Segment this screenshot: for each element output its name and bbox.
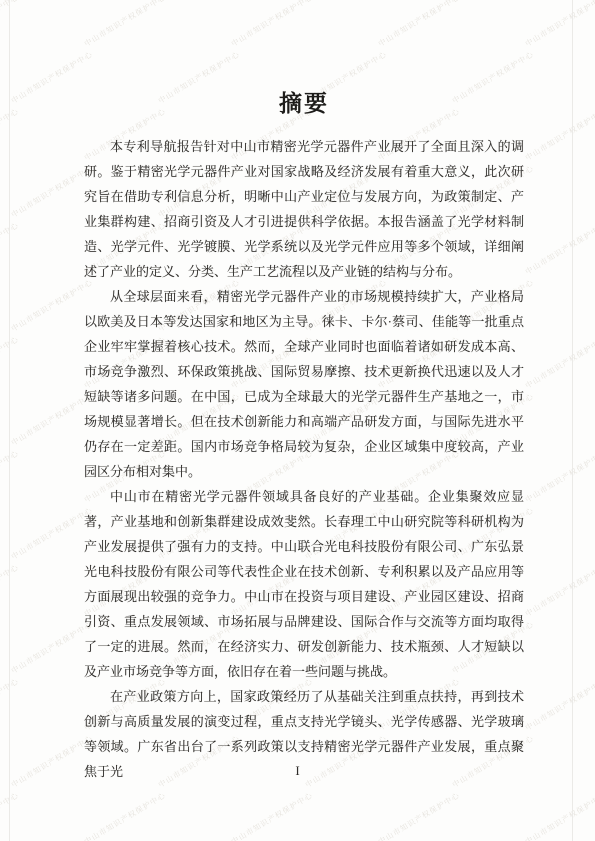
watermark-text: 中山市知识产权保护中心 <box>0 790 21 841</box>
watermark-text: 中山市知识产权保护中心 <box>9 505 95 563</box>
abstract-title: 摘要 <box>84 90 524 116</box>
watermark-text: 中山市知识产权保护中心 <box>0 448 21 506</box>
abstract-paragraph-3: 中山市在精密光学元器件领域具备良好的产业基础。企业集聚效应显著，产业基地和创新集… <box>84 484 524 684</box>
watermark-text: 中山市知识产权保护中心 <box>0 334 21 392</box>
watermark-text: 中山市知识产权保护中心 <box>82 0 168 49</box>
watermark-text: 中山市知识产权保护中心 <box>9 49 95 107</box>
watermark-text: 中山市知识产权保护中心 <box>229 0 315 49</box>
watermark-text: 中山市知识产权保护中心 <box>523 106 595 164</box>
watermark-text: 中山市知识产权保护中心 <box>229 790 315 841</box>
watermark-text: 中山市知识产权保护中心 <box>523 334 595 392</box>
document-page: 中山市知识产权保护中心中山市知识产权保护中心中山市知识产权保护中心中山市知识产权… <box>0 0 595 841</box>
watermark-text: 中山市知识产权保护中心 <box>0 676 21 734</box>
watermark-text: 中山市知识产权保护中心 <box>9 277 95 335</box>
watermark-text: 中山市知识产权保护中心 <box>0 220 21 278</box>
watermark-text: 中山市知识产权保护中心 <box>523 448 595 506</box>
watermark-text: 中山市知识产权保护中心 <box>0 562 21 620</box>
watermark-text: 中山市知识产权保护中心 <box>9 733 95 791</box>
watermark-text: 中山市知识产权保护中心 <box>9 163 95 221</box>
watermark-text: 中山市知识产权保护中心 <box>523 562 595 620</box>
page-edge-line-right <box>572 0 573 841</box>
watermark-text: 中山市知识产权保护中心 <box>0 106 21 164</box>
watermark-text: 中山市知识产权保护中心 <box>523 790 595 841</box>
watermark-text: 中山市知识产权保护中心 <box>523 220 595 278</box>
page-edge-line-left <box>9 0 10 841</box>
abstract-paragraph-1: 本专利导航报告针对中山市精密光学元器件产业展开了全面且深入的调研。鉴于精密光学元… <box>84 134 524 284</box>
abstract-content: 摘要 本专利导航报告针对中山市精密光学元器件产业展开了全面且深入的调研。鉴于精密… <box>84 90 524 784</box>
watermark-text: 中山市知识产权保护中心 <box>9 391 95 449</box>
page-number: I <box>0 763 595 779</box>
abstract-paragraph-2: 从全球层面来看，精密光学元器件产业的市场规模持续扩大，产业格局以欧美及日本等发达… <box>84 284 524 484</box>
watermark-text: 中山市知识产权保护中心 <box>376 790 462 841</box>
watermark-text: 中山市知识产权保护中心 <box>0 0 21 49</box>
watermark-text: 中山市知识产权保护中心 <box>82 790 168 841</box>
watermark-text: 中山市知识产权保护中心 <box>523 0 595 49</box>
watermark-text: 中山市知识产权保护中心 <box>376 0 462 49</box>
watermark-text: 中山市知识产权保护中心 <box>9 619 95 677</box>
watermark-text: 中山市知识产权保护中心 <box>523 676 595 734</box>
